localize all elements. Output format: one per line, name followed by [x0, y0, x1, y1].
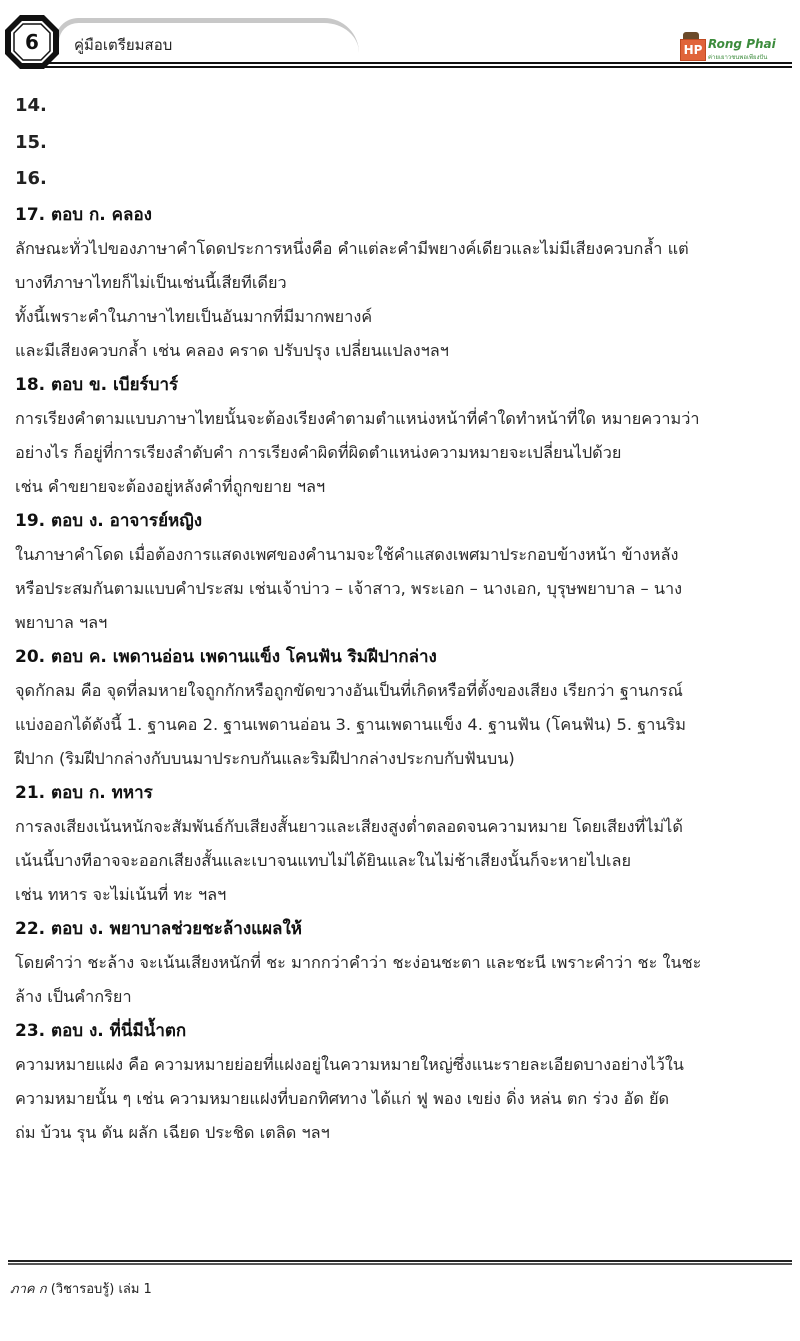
- answer-heading: 17. ตอบ ก. คลอง: [15, 198, 795, 232]
- answer-22: 22. ตอบ ง. พยาบาลช่วยชะล้างแผลให้ โดยคำว…: [15, 912, 795, 1014]
- answer-text: ความหมายนั้น ๆ เช่น ความหมายแฝงที่บอกทิศ…: [15, 1082, 795, 1116]
- answer-text: บางทีภาษาไทยก็ไม่เป็นเช่นนี้เสียทีเดียว: [15, 266, 795, 300]
- answer-text: และมีเสียงควบกล้ำ เช่น คลอง คราด ปรับปรุ…: [15, 334, 795, 368]
- answer-18: 18. ตอบ ข. เบียร์บาร์ การเรียงคำตามแบบภา…: [15, 368, 795, 504]
- answer-heading: 23. ตอบ ง. ที่นี่มีน้ำตก: [15, 1014, 795, 1048]
- answer-text: ล้าง เป็นคำกริยา: [15, 980, 795, 1014]
- book-title: คู่มือเตรียมสอบ: [74, 33, 172, 57]
- item-number: 14.: [15, 88, 795, 125]
- footer-section: ภาค ก: [10, 1282, 47, 1297]
- answer-text: ฝีปาก (ริมฝีปากล่างกับบนมาประกบกันและริม…: [15, 742, 795, 776]
- answer-heading: 20. ตอบ ค. เพดานอ่อน เพดานแข็ง โคนฟัน ริ…: [15, 640, 795, 674]
- item-number: 15.: [15, 125, 795, 162]
- answer-19: 19. ตอบ ง. อาจารย์หญิง ในภาษาคำโดด เมื่อ…: [15, 504, 795, 640]
- answer-heading: 22. ตอบ ง. พยาบาลช่วยชะล้างแผลให้: [15, 912, 795, 946]
- answer-text: ความหมายแฝง คือ ความหมายย่อยที่แฝงอยู่ใน…: [15, 1048, 795, 1082]
- footer-subject: (วิชารอบรู้) เล่ม 1: [51, 1282, 152, 1297]
- footer-divider: [8, 1260, 792, 1265]
- answer-text: พยาบาล ฯลฯ: [15, 606, 795, 640]
- answer-text: หรือประสมกันตามแบบคำประสม เช่นเจ้าบ่าว –…: [15, 572, 795, 606]
- answer-20: 20. ตอบ ค. เพดานอ่อน เพดานแข็ง โคนฟัน ริ…: [15, 640, 795, 776]
- answer-text: ถ่ม บ้วน รุน ดัน ผลัก เฉียด ประชิด เตลิด…: [15, 1116, 795, 1150]
- answer-text: เช่น คำขยายจะต้องอยู่หลังคำที่ถูกขยาย ฯล…: [15, 470, 795, 504]
- answer-text: การเรียงคำตามแบบภาษาไทยนั้นจะต้องเรียงคำ…: [15, 402, 795, 436]
- answer-text: ในภาษาคำโดด เมื่อต้องการแสดงเพศของคำนามจ…: [15, 538, 795, 572]
- answer-key-content: 14. 15. 16. 17. ตอบ ก. คลอง ลักษณะทั่วไป…: [15, 88, 795, 1150]
- page-header: 6 คู่มือเตรียมสอบ HP Rong Phai ค่ายเยาวช…: [0, 0, 800, 72]
- answer-heading: 21. ตอบ ก. ทหาร: [15, 776, 795, 810]
- answer-text: แบ่งออกได้ดังนี้ 1. ฐานคอ 2. ฐานเพดานอ่อ…: [15, 708, 795, 742]
- answer-text: เน้นนี้บางทีอาจจะออกเสียงสั้นและเบาจนแทบ…: [15, 844, 795, 878]
- answer-heading: 19. ตอบ ง. อาจารย์หญิง: [15, 504, 795, 538]
- answer-21: 21. ตอบ ก. ทหาร การลงเสียงเน้นหนักจะสัมพ…: [15, 776, 795, 912]
- item-number: 16.: [15, 161, 795, 198]
- answer-text: การลงเสียงเน้นหนักจะสัมพันธ์กับเสียงสั้น…: [15, 810, 795, 844]
- answer-17: 17. ตอบ ก. คลอง ลักษณะทั่วไปของภาษาคำโดด…: [15, 198, 795, 368]
- header-divider: [44, 62, 792, 68]
- answer-text: โดยคำว่า ชะล้าง จะเน้นเสียงหนักที่ ชะ มา…: [15, 946, 795, 980]
- answer-text: จุดกักลม คือ จุดที่ลมหายใจถูกกักหรือถูกข…: [15, 674, 795, 708]
- answer-text: อย่างไร ก็อยู่ที่การเรียงลำดับคำ การเรีย…: [15, 436, 795, 470]
- answer-text: ลักษณะทั่วไปของภาษาคำโดดประการหนึ่งคือ ค…: [15, 232, 795, 266]
- answer-23: 23. ตอบ ง. ที่นี่มีน้ำตก ความหมายแฝง คือ…: [15, 1014, 795, 1150]
- answer-heading: 18. ตอบ ข. เบียร์บาร์: [15, 368, 795, 402]
- logo-badge: HP: [680, 39, 706, 61]
- logo-house-icon: [683, 32, 699, 39]
- answer-text: ทั้งนี้เพราะคำในภาษาไทยเป็นอันมากที่มีมา…: [15, 300, 795, 334]
- page-footer: ภาค ก (วิชารอบรู้) เล่ม 1: [10, 1278, 152, 1299]
- logo-subtitle: ค่ายเยาวชนพอเพียงปัน: [708, 52, 767, 62]
- answer-text: เช่น ทหาร จะไม่เน้นที่ ทะ ฯลฯ: [15, 878, 795, 912]
- logo-name: Rong Phai: [708, 37, 776, 51]
- publisher-logo: HP Rong Phai ค่ายเยาวชนพอเพียงปัน: [680, 32, 795, 62]
